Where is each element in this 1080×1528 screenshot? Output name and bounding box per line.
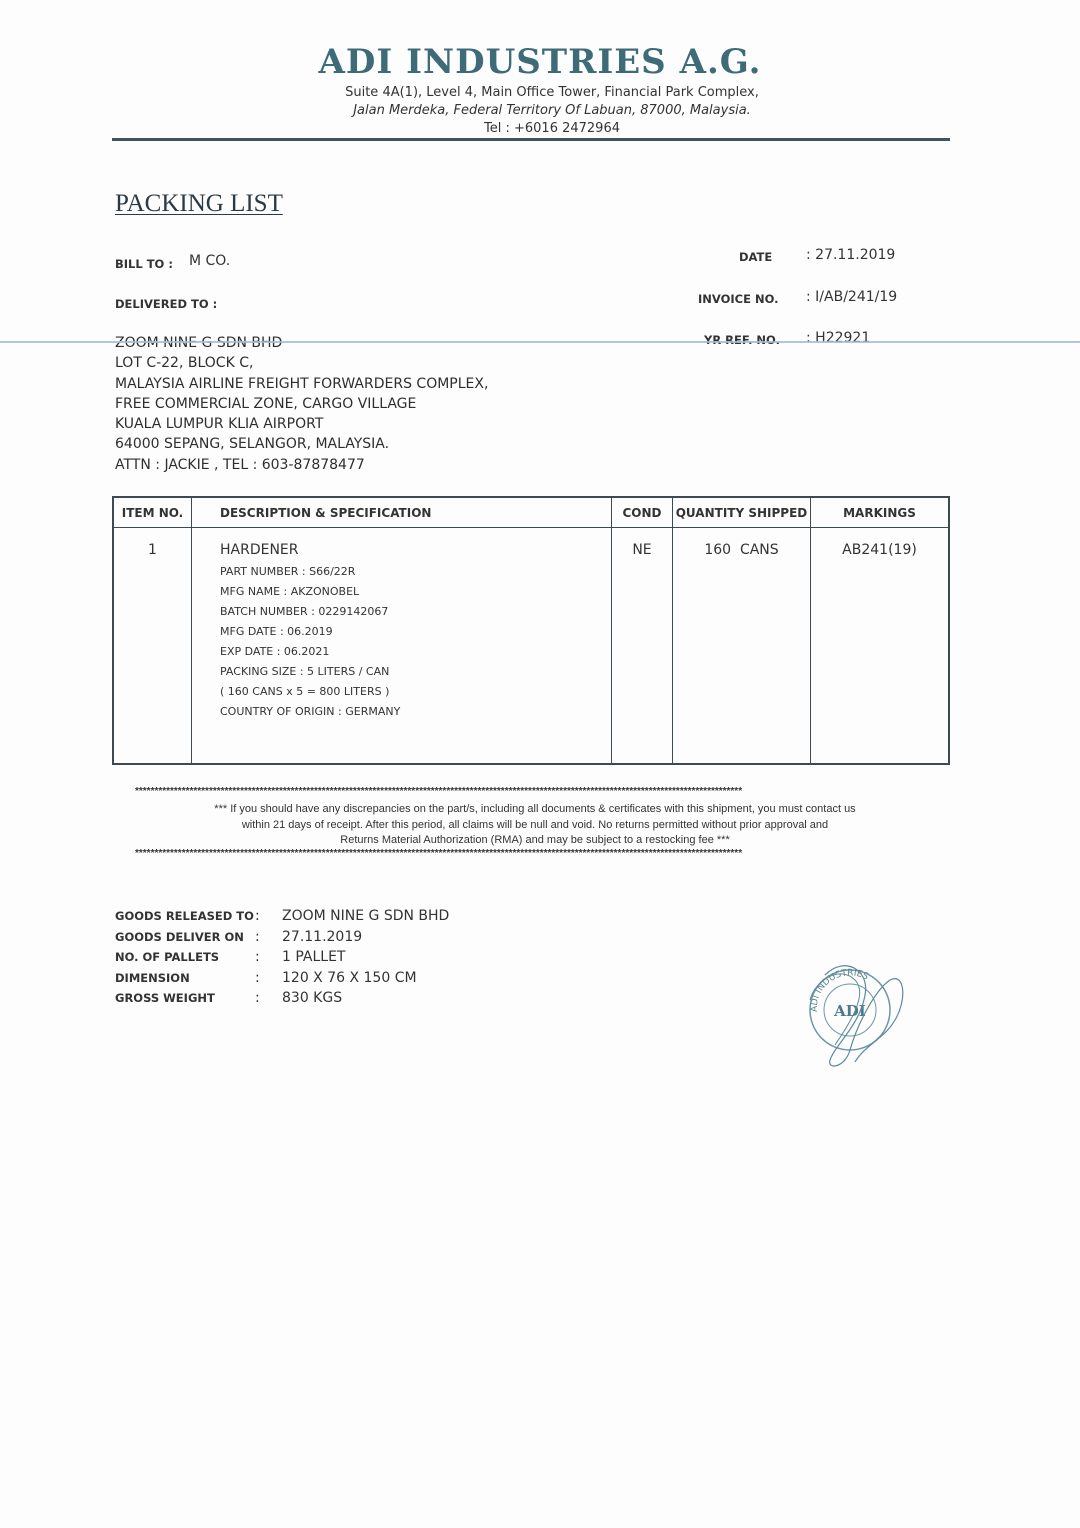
summary-label: GOODS DELIVER ON <box>115 930 255 944</box>
summary-row: DIMENSION: 120 X 76 X 150 CM <box>115 968 449 989</box>
spec-line: COUNTRY OF ORIGIN : GERMANY <box>220 702 610 722</box>
stamp-center-text: ADI <box>833 1002 866 1020</box>
invoice-label: INVOICE NO. <box>698 292 778 306</box>
company-tel: Tel : +6016 2472964 <box>12 121 1080 136</box>
summary-row: NO. OF PALLETS: 1 PALLET <box>115 947 449 968</box>
delivery-address: ZOOM NINE G SDN BHD LOT C-22, BLOCK C, M… <box>115 333 488 475</box>
notice-border-bottom: ****************************************… <box>135 848 935 859</box>
spec-line: PART NUMBER : S66/22R <box>220 562 610 582</box>
summary-value: 830 KGS <box>282 990 342 1006</box>
stamp-icon: ADI INDUSTRIES ADI <box>795 950 915 1075</box>
yr-ref-label: YR REF. NO. <box>704 333 780 347</box>
address-line: LOT C-22, BLOCK C, <box>115 353 488 373</box>
summary-row: GROSS WEIGHT: 830 KGS <box>115 988 449 1009</box>
spec-line: BATCH NUMBER : 0229142067 <box>220 602 610 622</box>
description-cell: HARDENER PART NUMBER : S66/22R MFG NAME … <box>192 528 612 765</box>
document-title: PACKING LIST <box>115 190 283 218</box>
col-cond: COND <box>612 497 673 528</box>
shipment-summary: GOODS RELEASED TO: ZOOM NINE G SDN BHD G… <box>115 906 449 1009</box>
item-description: HARDENER <box>220 542 610 558</box>
spec-line: EXP DATE : 06.2021 <box>220 642 610 662</box>
company-name: ADI INDUSTRIES A.G. <box>0 42 1080 82</box>
spec-line: MFG DATE : 06.2019 <box>220 622 610 642</box>
spec-line: PACKING SIZE : 5 LITERS / CAN <box>220 662 610 682</box>
spec-line: MFG NAME : AKZONOBEL <box>220 582 610 602</box>
summary-value: 27.11.2019 <box>282 929 362 945</box>
notice-line: Returns Material Authorization (RMA) and… <box>140 833 930 849</box>
address-line: KUALA LUMPUR KLIA AIRPORT <box>115 414 488 434</box>
col-item-no: ITEM NO. <box>113 497 192 528</box>
address-line: FREE COMMERCIAL ZONE, CARGO VILLAGE <box>115 394 488 414</box>
address-line: 64000 SEPANG, SELANGOR, MALAYSIA. <box>115 434 488 454</box>
bill-to-value: M CO. <box>189 253 230 269</box>
items-table: ITEM NO. DESCRIPTION & SPECIFICATION CON… <box>112 496 950 765</box>
cond-cell: NE <box>612 528 673 765</box>
company-stamp-signature: ADI INDUSTRIES ADI <box>795 950 915 1075</box>
address-line: MALAYSIA AIRLINE FREIGHT FORWARDERS COMP… <box>115 374 488 394</box>
summary-value: ZOOM NINE G SDN BHD <box>282 908 449 924</box>
delivered-to-label: DELIVERED TO : <box>115 297 217 311</box>
summary-row: GOODS RELEASED TO: ZOOM NINE G SDN BHD <box>115 906 449 927</box>
notice-line: within 21 days of receipt. After this pe… <box>140 818 930 834</box>
summary-label: NO. OF PALLETS <box>115 950 255 964</box>
date-label: DATE <box>739 250 772 264</box>
invoice-value: : I/AB/241/19 <box>806 289 897 305</box>
summary-label: DIMENSION <box>115 971 255 985</box>
yr-ref-value: : H22921 <box>806 330 870 346</box>
company-address-line2: Jalan Merdeka, Federal Territory Of Labu… <box>12 103 1080 118</box>
company-address-line1: Suite 4A(1), Level 4, Main Office Tower,… <box>12 85 1080 100</box>
address-line: ZOOM NINE G SDN BHD <box>115 333 488 353</box>
bill-to-label: BILL TO : <box>115 257 173 271</box>
item-no-cell: 1 <box>113 528 192 765</box>
notice-border-top: ****************************************… <box>135 786 935 797</box>
table-row: 1 HARDENER PART NUMBER : S66/22R MFG NAM… <box>113 528 949 765</box>
scan-artifact-line <box>0 341 1080 343</box>
summary-row: GOODS DELIVER ON: 27.11.2019 <box>115 927 449 948</box>
quantity-cell: 160 CANS <box>673 528 811 765</box>
col-description: DESCRIPTION & SPECIFICATION <box>192 497 612 528</box>
summary-value: 120 X 76 X 150 CM <box>282 970 417 986</box>
date-value: : 27.11.2019 <box>806 247 895 263</box>
spec-line: ( 160 CANS x 5 = 800 LITERS ) <box>220 682 610 702</box>
header-divider <box>112 138 950 141</box>
item-specs: PART NUMBER : S66/22R MFG NAME : AKZONOB… <box>220 562 610 722</box>
address-line: ATTN : JACKIE , TEL : 603-87878477 <box>115 455 488 475</box>
discrepancy-notice: *** If you should have any discrepancies… <box>140 802 930 849</box>
summary-label: GOODS RELEASED TO <box>115 909 255 923</box>
markings-cell: AB241(19) <box>811 528 950 765</box>
summary-value: 1 PALLET <box>282 949 345 965</box>
summary-label: GROSS WEIGHT <box>115 991 255 1005</box>
col-markings: MARKINGS <box>811 497 950 528</box>
notice-line: *** If you should have any discrepancies… <box>140 802 930 818</box>
col-quantity: QUANTITY SHIPPED <box>673 497 811 528</box>
